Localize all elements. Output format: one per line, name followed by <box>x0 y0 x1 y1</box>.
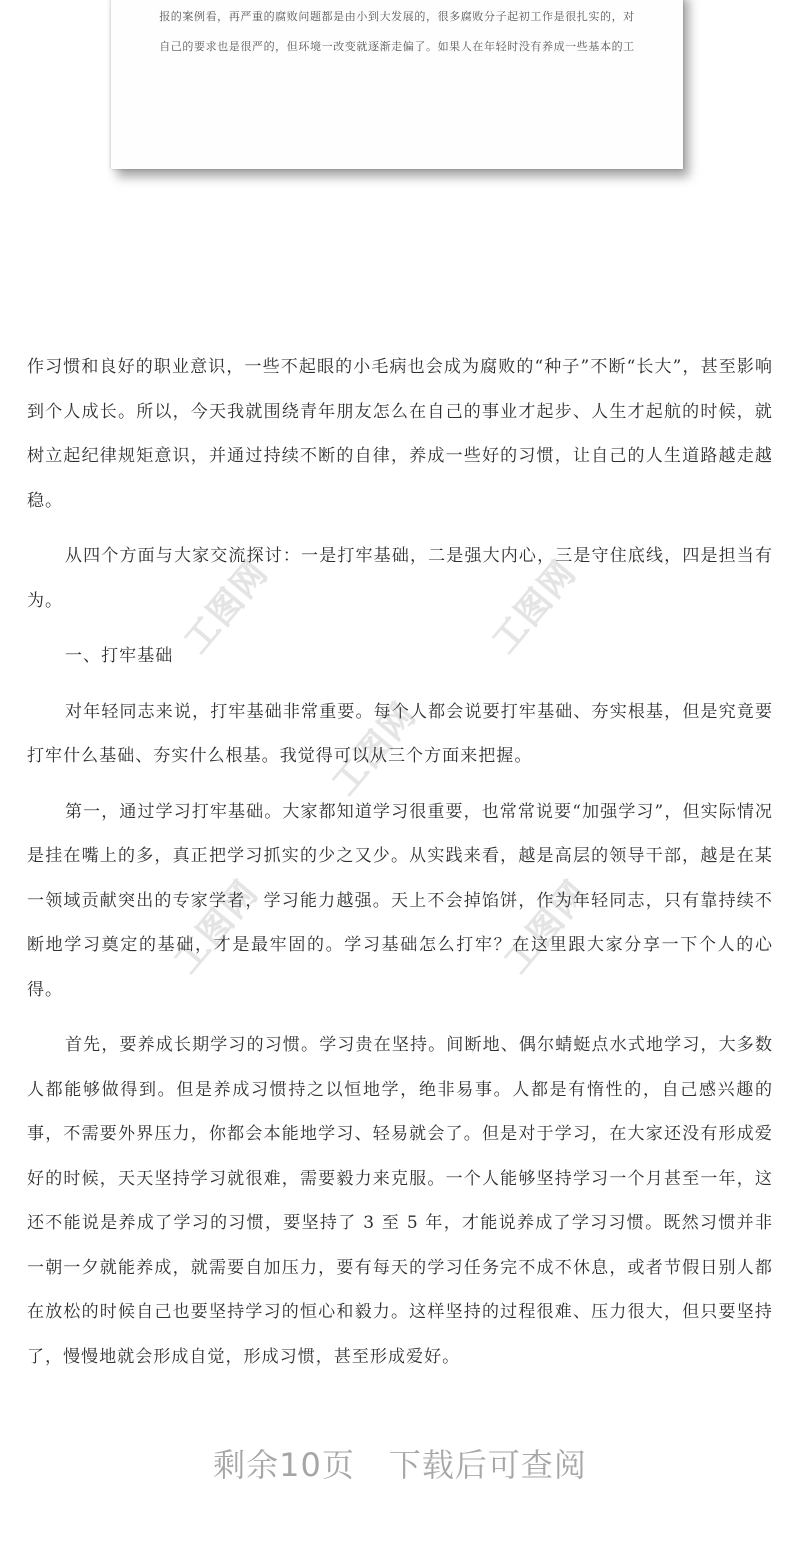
document-body: 作习惯和良好的职业意识，一些不起眼的小毛病也会成为腐败的“种子”不断“长大”，甚… <box>27 345 773 1390</box>
preview-page-card: 报的案例看，再严重的腐败问题都是由小到大发展的，很多腐败分子起初工作是很扎实的，… <box>111 0 683 169</box>
paragraph: 首先，要养成长期学习的习惯。学习贵在坚持。间断地、偶尔蜻蜓点水式地学习，大多数人… <box>27 1023 773 1379</box>
section-heading: 一、打牢基础 <box>27 634 773 679</box>
preview-line-2: 自己的要求也是很严的，但环境一改变就逐渐走偏了。如果人在年轻时没有养成一些基本的… <box>111 38 683 54</box>
preview-line-1: 报的案例看，再严重的腐败问题都是由小到大发展的，很多腐败分子起初工作是很扎实的，… <box>111 8 683 24</box>
paragraph: 从四个方面与大家交流探讨：一是打牢基础，二是强大内心，三是守住底线，四是担当有为… <box>27 534 773 623</box>
remaining-pages-banner[interactable]: 剩余10页下载后可查阅 <box>0 1440 800 1486</box>
remaining-pages-count: 剩余10页 <box>213 1446 355 1484</box>
paragraph: 对年轻同志来说，打牢基础非常重要。每个人都会说要打牢基础、夯实根基，但是究竟要打… <box>27 690 773 779</box>
paragraph: 作习惯和良好的职业意识，一些不起眼的小毛病也会成为腐败的“种子”不断“长大”，甚… <box>27 345 773 523</box>
paragraph: 第一，通过学习打牢基础。大家都知道学习很重要，也常常说要“加强学习”，但实际情况… <box>27 790 773 1013</box>
download-hint[interactable]: 下载后可查阅 <box>389 1446 587 1484</box>
